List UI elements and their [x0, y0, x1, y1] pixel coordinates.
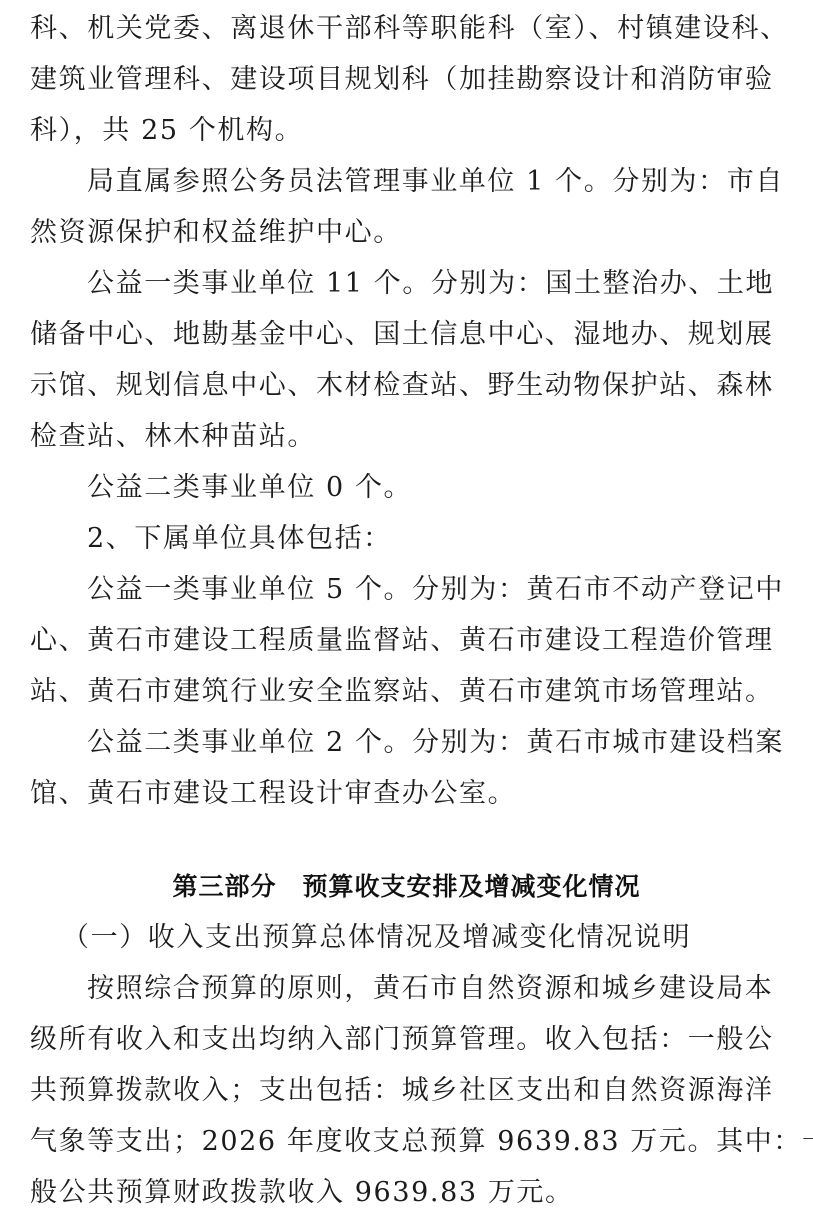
text-line: 储备中心、地勘基金中心、国土信息中心、湿地办、规划展: [30, 318, 790, 352]
text-line: 心、黄石市建设工程质量监督站、黄石市建设工程造价管理: [30, 624, 790, 658]
text-line: 检查站、林木种苗站。: [30, 420, 790, 454]
text-line: 2、下属单位具体包括：: [87, 522, 813, 556]
text-line: 建筑业管理科、建设项目规划科（加挂勘察设计和消防审验: [30, 63, 790, 97]
text-line: 公益二类事业单位 0 个。: [87, 471, 813, 505]
text-line: 站、黄石市建筑行业安全监察站、黄石市建筑市场管理站。: [30, 675, 790, 709]
text-line: 科），共 25 个机构。: [30, 114, 790, 148]
text-line: 公益一类事业单位 5 个。分别为：黄石市不动产登记中: [87, 573, 813, 607]
section-heading: 第三部分预算收支安排及增减变化情况: [0, 870, 813, 904]
text-line: 科、机关党委、离退休干部科等职能科（室）、村镇建设科、: [30, 12, 790, 46]
text-line: 局直属参照公务员法管理事业单位 1 个。分别为：市自: [87, 165, 813, 199]
text-line: 公益二类事业单位 2 个。分别为：黄石市城市建设档案: [87, 726, 813, 760]
section-part-label: 第三部分: [172, 872, 276, 901]
text-line: 按照综合预算的原则，黄石市自然资源和城乡建设局本: [87, 972, 813, 1006]
text-line: 气象等支出；2026 年度收支总预算 9639.83 万元。其中：一: [30, 1125, 790, 1159]
text-line: 示馆、规划信息中心、木材检查站、野生动物保护站、森林: [30, 369, 790, 403]
text-line: 公益一类事业单位 11 个。分别为：国土整治办、土地: [87, 267, 813, 301]
text-line: 般公共预算财政拨款收入 9639.83 万元。: [30, 1176, 790, 1210]
section-title: 预算收支安排及增减变化情况: [303, 872, 641, 901]
text-line: 然资源保护和权益维护中心。: [30, 216, 790, 250]
text-line: 共预算拨款收入；支出包括：城乡社区支出和自然资源海洋: [30, 1074, 790, 1108]
document-page: 科、机关党委、离退休干部科等职能科（室）、村镇建设科、 建筑业管理科、建设项目规…: [0, 0, 813, 1212]
text-line: 级所有收入和支出均纳入部门预算管理。收入包括：一般公: [30, 1023, 790, 1057]
subsection-heading: （一）收入支出预算总体情况及增减变化情况说明: [62, 921, 691, 955]
text-line: 馆、黄石市建设工程设计审查办公室。: [30, 777, 790, 811]
